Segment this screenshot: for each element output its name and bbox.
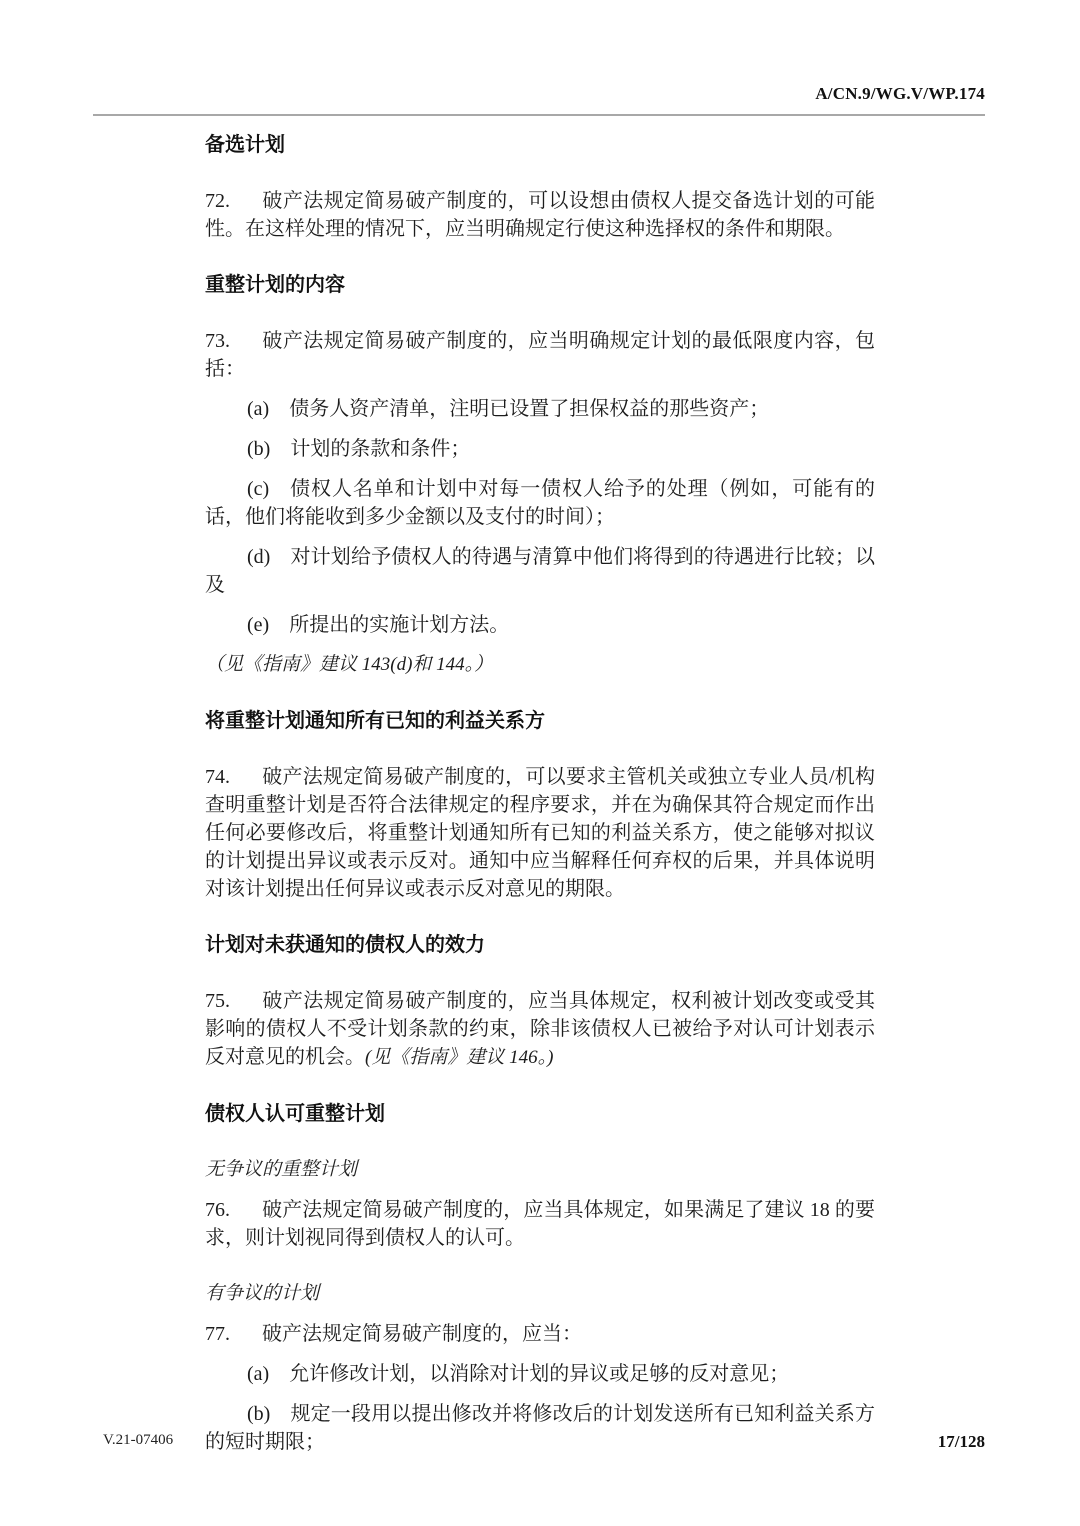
paragraph-77: 77.破产法规定简易破产制度的，应当： — [205, 1320, 875, 1348]
paragraph-number: 72. — [205, 187, 238, 215]
item-text: 允许修改计划，以消除对计划的异议或足够的反对意见； — [289, 1363, 789, 1385]
page-number: 17/128 — [938, 1432, 985, 1452]
item-text: 债权人名单和计划中对每一债权人给予的处理（例如，可能有的话，他们将能收到多少金额… — [205, 478, 875, 528]
item-text: 对计划给予债权人的待遇与清算中他们将得到的待遇进行比较；以及 — [205, 546, 875, 596]
document-page: A/CN.9/WG.V/WP.174 备选计划 72.破产法规定简易破产制度的，… — [0, 0, 1080, 1526]
paragraph-number: 75. — [205, 987, 238, 1015]
paragraph-number: 76. — [205, 1196, 238, 1224]
paragraph-73: 73.破产法规定简易破产制度的，应当明确规定计划的最低限度内容，包括： — [205, 327, 875, 383]
item-label: (d) — [247, 546, 270, 568]
list-item-b: (b)计划的条款和条件； — [205, 435, 875, 463]
paragraph-number: 77. — [205, 1320, 238, 1348]
paragraph-number: 73. — [205, 327, 238, 355]
item-label: (e) — [247, 614, 269, 636]
guide-reference-inline: (见《指南》建议 146。) — [365, 1047, 553, 1068]
section-heading: 债权人认可重整计划 — [205, 1100, 875, 1128]
list-item-a: (a)债务人资产清单，注明已设置了担保权益的那些资产； — [205, 395, 875, 423]
item-label: (b) — [247, 438, 270, 460]
list-item-c: (c)债权人名单和计划中对每一债权人给予的处理（例如，可能有的话，他们将能收到多… — [205, 475, 875, 531]
paragraph-text: 破产法规定简易破产制度的，应当明确规定计划的最低限度内容，包括： — [205, 330, 875, 380]
section-heading: 重整计划的内容 — [205, 271, 875, 299]
subsection-heading: 有争议的计划 — [205, 1280, 875, 1308]
paragraph-text: 破产法规定简易破产制度的，可以设想由债权人提交备选计划的可能性。在这样处理的情况… — [205, 190, 875, 240]
doc-number: V.21-07406 — [103, 1432, 173, 1449]
paragraph-text: 破产法规定简易破产制度的，应当： — [262, 1323, 582, 1345]
item-text: 债务人资产清单，注明已设置了担保权益的那些资产； — [289, 398, 769, 420]
page-footer: V.21-07406 17/128 — [103, 1432, 985, 1452]
page-header: A/CN.9/WG.V/WP.174 — [93, 84, 985, 116]
guide-reference: （见《指南》建议 143(d)和 144。） — [205, 651, 875, 679]
item-text: 所提出的实施计划方法。 — [289, 614, 509, 636]
doc-symbol: A/CN.9/WG.V/WP.174 — [815, 84, 985, 103]
paragraph-number: 74. — [205, 763, 238, 791]
item-label: (b) — [247, 1403, 270, 1425]
paragraph-76: 76.破产法规定简易破产制度的，应当具体规定，如果满足了建议 18 的要求，则计… — [205, 1196, 875, 1252]
subsection-heading: 无争议的重整计划 — [205, 1156, 875, 1184]
paragraph-74: 74.破产法规定简易破产制度的，可以要求主管机关或独立专业人员/机构查明重整计划… — [205, 763, 875, 903]
item-text: 计划的条款和条件； — [290, 438, 470, 460]
section-heading: 备选计划 — [205, 131, 875, 159]
paragraph-text: 破产法规定简易破产制度的，可以要求主管机关或独立专业人员/机构查明重整计划是否符… — [205, 766, 875, 900]
item-label: (a) — [247, 1363, 269, 1385]
list-item-a: (a)允许修改计划，以消除对计划的异议或足够的反对意见； — [205, 1360, 875, 1388]
document-body: 备选计划 72.破产法规定简易破产制度的，可以设想由债权人提交备选计划的可能性。… — [205, 119, 875, 1468]
item-label: (a) — [247, 398, 269, 420]
header-rule — [93, 114, 985, 116]
paragraph-72: 72.破产法规定简易破产制度的，可以设想由债权人提交备选计划的可能性。在这样处理… — [205, 187, 875, 243]
paragraph-75: 75.破产法规定简易破产制度的，应当具体规定，权利被计划改变或受其影响的债权人不… — [205, 987, 875, 1072]
list-item-e: (e)所提出的实施计划方法。 — [205, 611, 875, 639]
section-heading: 将重整计划通知所有已知的利益关系方 — [205, 707, 875, 735]
item-label: (c) — [247, 478, 269, 500]
paragraph-text: 破产法规定简易破产制度的，应当具体规定，如果满足了建议 18 的要求，则计划视同… — [205, 1199, 875, 1249]
section-heading: 计划对未获通知的债权人的效力 — [205, 931, 875, 959]
list-item-d: (d)对计划给予债权人的待遇与清算中他们将得到的待遇进行比较；以及 — [205, 543, 875, 599]
